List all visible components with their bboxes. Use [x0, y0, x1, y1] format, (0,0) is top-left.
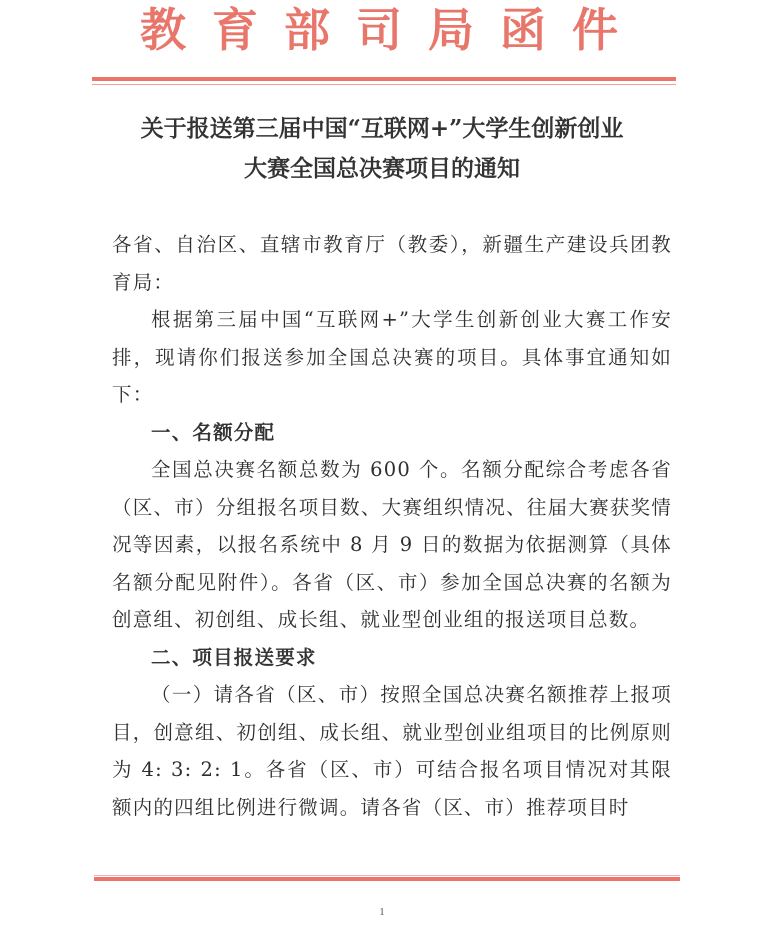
header-divider-thin	[92, 84, 676, 85]
intro-paragraph: 根据第三届中国“互联网+”大学生创新创业大赛工作安排，现请你们报送参加全国总决赛…	[112, 301, 672, 414]
footer-divider-thin	[94, 875, 680, 876]
document-body: 各省、自治区、直辖市教育厅（教委），新疆生产建设兵团教育局： 根据第三届中国“互…	[112, 226, 672, 826]
section-paragraph-quota: 全国总决赛名额总数为 600 个。名额分配综合考虑各省（区、市）分组报名项目数、…	[112, 451, 672, 639]
document-title-line2: 大赛全国总决赛项目的通知	[0, 150, 764, 188]
section-heading-quota: 一、名额分配	[112, 414, 672, 452]
salutation: 各省、自治区、直辖市教育厅（教委），新疆生产建设兵团教育局：	[112, 226, 672, 301]
page-number: 1	[0, 906, 764, 918]
footer-divider	[94, 877, 680, 881]
section-paragraph-requirements: （一）请各省（区、市）按照全国总决赛名额推荐上报项目，创意组、初创组、成长组、就…	[112, 676, 672, 826]
section-heading-requirements: 二、项目报送要求	[112, 639, 672, 677]
header-divider-thick	[92, 77, 676, 81]
document-title-line1: 关于报送第三届中国“互联网+”大学生创新创业	[0, 110, 764, 148]
masthead-title: 教育部司局函件	[0, 2, 764, 58]
